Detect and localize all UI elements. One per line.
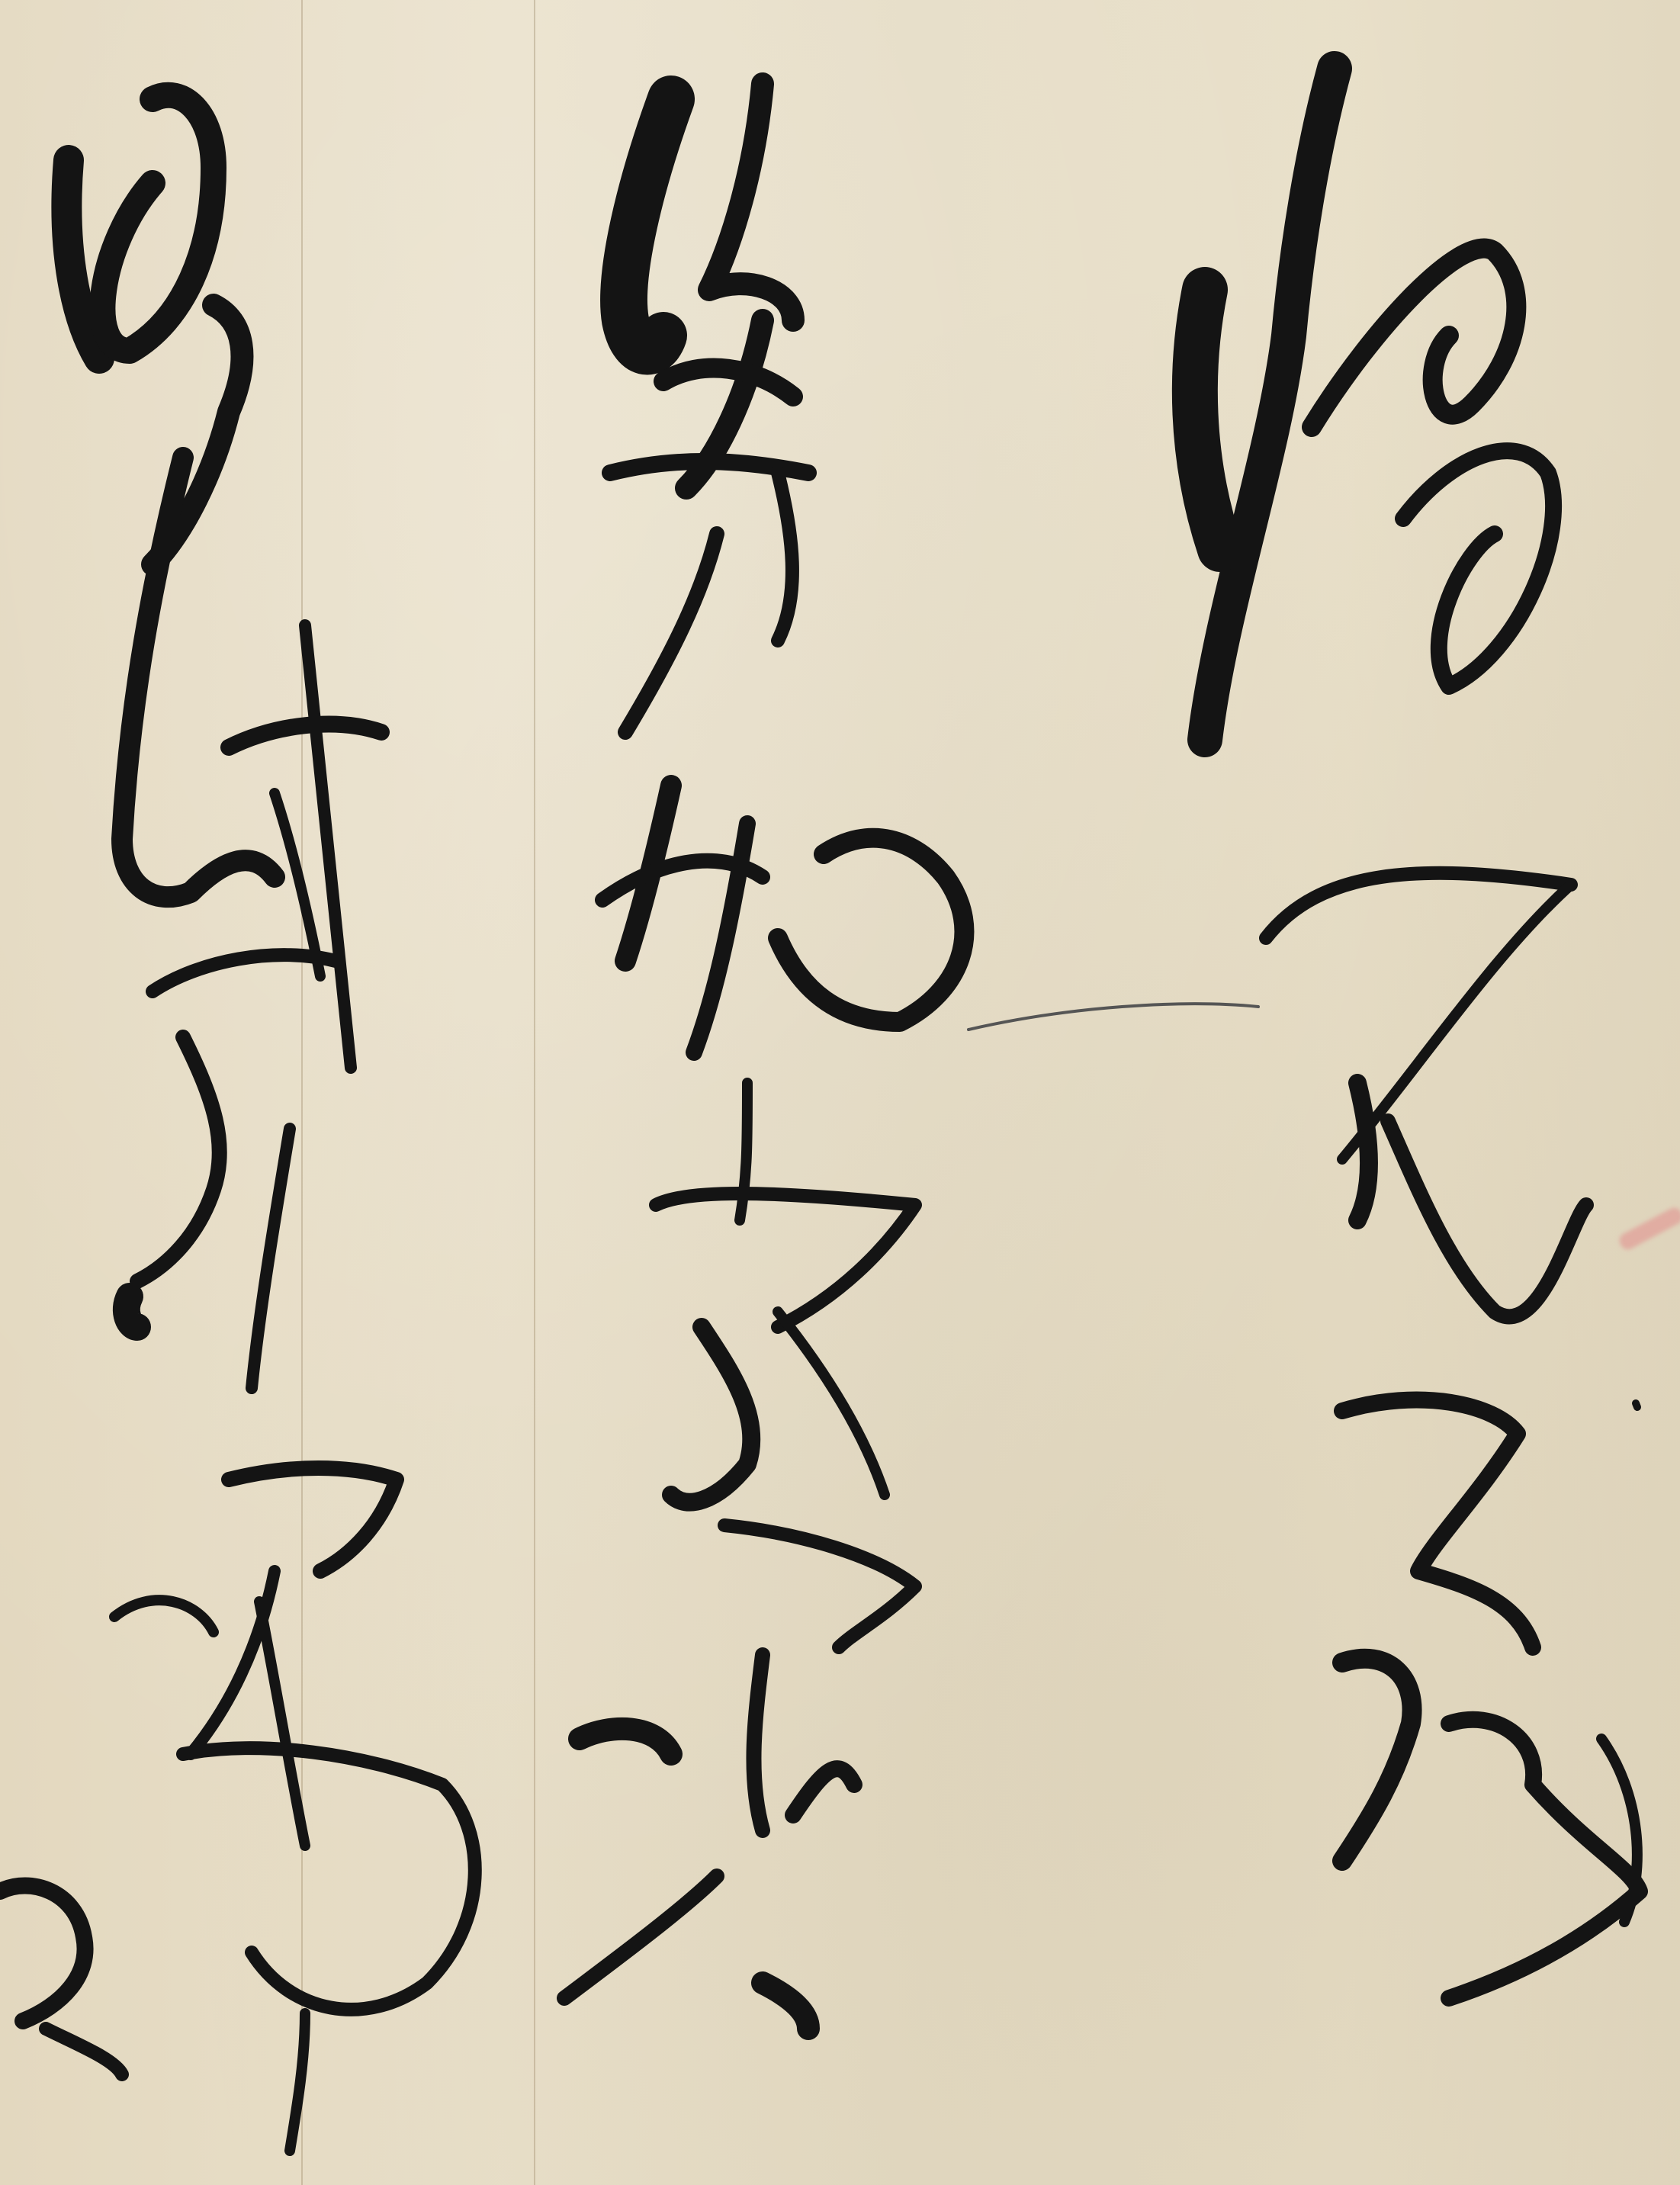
calligraphy-strokes	[0, 0, 1680, 2185]
faint-ink-line	[968, 1004, 1258, 1030]
calligraphy-column-left	[0, 95, 475, 2151]
ink-dot	[1636, 1403, 1637, 1407]
calligraphy-column-middle	[564, 84, 964, 2029]
aged-paper-background	[0, 0, 1680, 2185]
calligraphy-column-right	[1195, 69, 1640, 1998]
